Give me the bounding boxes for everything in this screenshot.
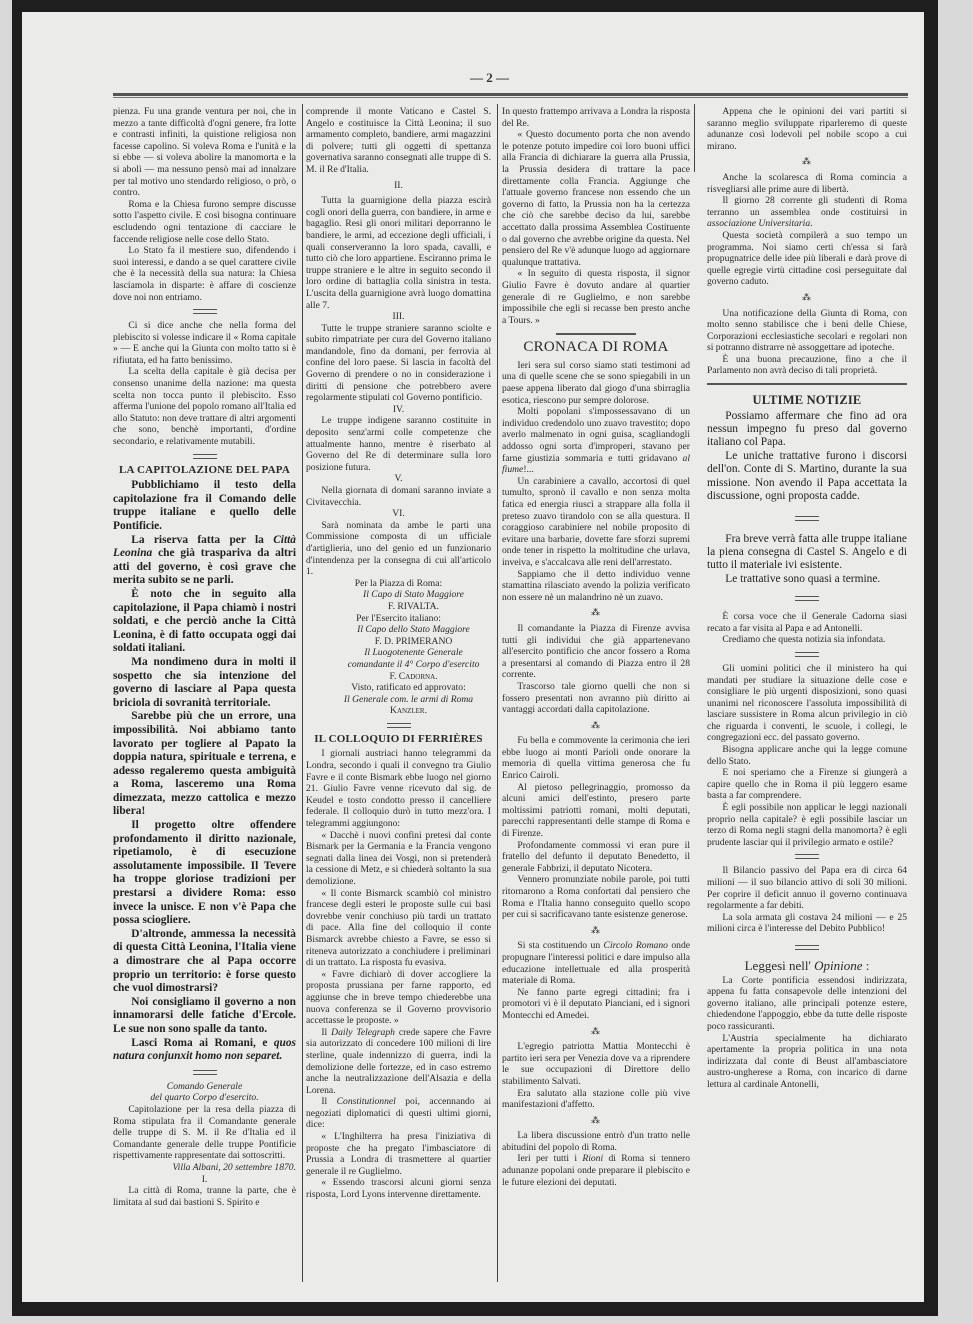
signature-line: Visto, ratificato ed approvato: xyxy=(306,682,491,694)
paragraph: Lasci Roma ai Romani, e quos natura conj… xyxy=(113,1037,296,1064)
paragraph: Sarà nominata da ambe le parti una Commi… xyxy=(306,520,491,578)
column-divider xyxy=(497,104,498,1282)
paragraph: Anche la scolaresca di Roma comincia a r… xyxy=(707,172,907,195)
paragraph: È una buona precauzione, fino a che il P… xyxy=(707,354,907,377)
paragraph: Le truppe indigene saranno costituite in… xyxy=(306,415,491,473)
article-heading: LA CAPITOLAZIONE DEL PAPA xyxy=(113,465,296,477)
paragraph: La riserva fatta per la Città Leonina ch… xyxy=(113,534,296,588)
paragraph: Il comandante la Piazza di Firenze avvis… xyxy=(502,623,690,681)
paragraph: Il progetto oltre offendere profondament… xyxy=(113,819,296,928)
paragraph: Un carabiniere a cavallo, accortosi di q… xyxy=(502,476,690,569)
column-4: Appena che le opinioni dei vari partiti … xyxy=(707,106,907,1091)
paragraph: Appena che le opinioni dei vari partiti … xyxy=(707,106,907,152)
paragraph: Capitolazione per la resa della piazza d… xyxy=(113,1104,296,1162)
paragraph: Questa società compilerà a suo tempo un … xyxy=(707,230,907,288)
section-rule xyxy=(707,383,907,385)
paragraph: I giornali austriaci hanno telegrammi da… xyxy=(306,748,491,829)
paragraph: comprende il monte Vaticano e Castel S. … xyxy=(306,106,491,176)
section-heading: ULTIME NOTIZIE xyxy=(707,395,907,407)
paragraph: La città di Roma, tranne la parte, che è… xyxy=(113,1185,296,1208)
signature-line: Per l'Esercito italiano: xyxy=(306,613,491,625)
separator xyxy=(193,454,217,459)
paragraph: Il Daily Telegraph crede sapere che Favr… xyxy=(306,1027,491,1097)
section-heading: CRONACA DI ROMA xyxy=(502,342,690,354)
paragraph: In questo frattempo arrivava a Londra la… xyxy=(502,106,690,129)
article-number: I. xyxy=(113,1174,296,1186)
paragraph: Il Bilancio passivo del Papa era di circ… xyxy=(707,865,907,911)
paragraph: Il giorno 28 corrente gli studenti di Ro… xyxy=(707,195,907,230)
paragraph: Sarebbe più che un errore, una impossibi… xyxy=(113,710,296,819)
paragraph: Crediamo che questa notizia sia infondat… xyxy=(707,634,907,646)
column-divider xyxy=(302,104,303,1282)
paragraph: Ieri sera sul corso siamo stati testimon… xyxy=(502,360,690,406)
dateline: Villa Albani, 20 settembre 1870. xyxy=(113,1162,296,1174)
paragraph: Pubblichiamo il testo della capitolazion… xyxy=(113,479,296,533)
paragraph: pienza. Fu una grande ventura per noi, c… xyxy=(113,106,296,199)
asterism: ⁂ xyxy=(502,607,690,619)
paragraph: Roma e la Chiesa furono sempre discusse … xyxy=(113,199,296,245)
page-number: — 2 — xyxy=(470,70,509,86)
asterism: ⁂ xyxy=(502,720,690,732)
paragraph: « Dacchè i nuovi confini pretesi dal con… xyxy=(306,830,491,888)
signature-line: Il Capo dello Stato Maggiore xyxy=(306,624,491,636)
paragraph: Sappiamo che il detto individuo venne st… xyxy=(502,569,690,604)
paragraph: Ma nondimeno dura in molti il sospetto c… xyxy=(113,656,296,710)
asterism: ⁂ xyxy=(707,292,907,304)
paragraph: La sola armata gli costava 24 milioni — … xyxy=(707,912,907,935)
paragraph: La Corte pontificia essendosi indirizzat… xyxy=(707,975,907,1033)
ornament-rule xyxy=(556,333,636,335)
paragraph: La libera discussione entrò d'un tratto … xyxy=(502,1130,690,1153)
paragraph: « Il conte Bismarck scambiò col ministro… xyxy=(306,888,491,969)
paragraph: Vennero pronunziate nobile parole, poi t… xyxy=(502,874,690,920)
paragraph: Lo Stato fa il mestiere suo, difendendo … xyxy=(113,245,296,303)
subheading: Leggesi nell' Opinione : xyxy=(707,960,907,972)
paragraph: Al pietoso pellegrinaggio, promosso da a… xyxy=(502,782,690,840)
paragraph: Gli uomini politici che il ministero ha … xyxy=(707,663,907,744)
asterism: ⁂ xyxy=(502,1026,690,1038)
separator xyxy=(795,596,819,601)
paragraph: È egli possibile non applicar le leggi n… xyxy=(707,802,907,848)
paragraph: Tutte le truppe straniere saranno sciolt… xyxy=(306,323,491,404)
paragraph: Era salutato alla stazione colle più viv… xyxy=(502,1088,690,1111)
signature-name: Kanzler. xyxy=(306,705,491,717)
signature-line: comandante il 4° Corpo d'esercito xyxy=(306,659,491,671)
separator xyxy=(193,309,217,314)
asterism: ⁂ xyxy=(502,1115,690,1127)
column-3: In questo frattempo arrivava a Londra la… xyxy=(502,106,690,1188)
asterism: ⁂ xyxy=(707,156,907,168)
header-rule-thin xyxy=(113,97,908,98)
signature-line: Il Generale com. le armi di Roma xyxy=(306,694,491,706)
paragraph: « Favre dichiarò di dover accogliere la … xyxy=(306,969,491,1027)
article-number: III. xyxy=(306,311,491,323)
paragraph: D'altronde, ammessa la necessità di ques… xyxy=(113,928,296,996)
column-2: comprende il monte Vaticano e Castel S. … xyxy=(306,106,491,1201)
signature-line: Per la Piazza di Roma: xyxy=(306,578,491,590)
paragraph: La scelta della capitale è già decisa pe… xyxy=(113,366,296,447)
article-number: II. xyxy=(306,180,491,192)
paragraph: « Questo documento porta che non avendo … xyxy=(502,129,690,268)
paragraph: Profondamente commossi vi eran pure il f… xyxy=(502,840,690,875)
separator xyxy=(795,854,819,859)
paragraph: E noi speriamo che a Firenze si giungerà… xyxy=(707,767,907,802)
signature-name: F. D. PRIMERANO xyxy=(306,636,491,648)
paragraph: Nella giornata di domani saranno inviate… xyxy=(306,485,491,508)
signature-name: F. Cadorna. xyxy=(306,671,491,683)
paragraph: Ieri per tutti i Rioni di Roma si tenner… xyxy=(502,1153,690,1188)
paragraph: Tutta la guarnigione della piazza escirà… xyxy=(306,195,491,311)
paragraph: Trascorso tale giorno quelli che non si … xyxy=(502,681,690,716)
paragraph: L'Austria specialmente ha dichiarato ape… xyxy=(707,1033,907,1091)
signature-line: Il Luogotenente Generale xyxy=(306,647,491,659)
paragraph: Il Constitutionnel poi, accennando ai ne… xyxy=(306,1096,491,1131)
paragraph: « In seguito di questa risposta, il sign… xyxy=(502,268,690,326)
paragraph: Ne fanno parte egregi cittadini; fra i p… xyxy=(502,987,690,1022)
signature-line: Il Capo di Stato Maggiore xyxy=(306,589,491,601)
header-rule xyxy=(113,93,908,96)
subheading: Comando Generale xyxy=(113,1081,296,1093)
article-number: IV. xyxy=(306,404,491,416)
article-number: VI. xyxy=(306,508,491,520)
paragraph: Noi consigliamo il governo a non innamor… xyxy=(113,996,296,1037)
article-heading: IL COLLOQUIO DI FERRIÈRES xyxy=(306,734,491,746)
subheading: del quarto Corpo d'esercito. xyxy=(113,1092,296,1104)
paragraph: Le uniche trattative furono i discorsi d… xyxy=(707,450,907,504)
paragraph: Molti popolani s'impossessavano di un in… xyxy=(502,406,690,476)
paragraph: Possiamo affermare che fino ad ora nessu… xyxy=(707,410,907,450)
paragraph: Le trattative sono quasi a termine. xyxy=(707,573,907,586)
separator xyxy=(387,723,411,728)
separator xyxy=(795,652,819,657)
paragraph: L'egregio patriotta Mattia Montecchi è p… xyxy=(502,1041,690,1087)
paragraph: È corsa voce che il Generale Cadorna sia… xyxy=(707,611,907,634)
paragraph: Fra breve verrà fatta alle truppe italia… xyxy=(707,533,907,573)
paragraph: Si sta costituendo un Circolo Romano ond… xyxy=(502,940,690,986)
article-number: V. xyxy=(306,473,491,485)
paragraph: « L'Inghilterra ha presa l'iniziativa di… xyxy=(306,1131,491,1177)
column-1: pienza. Fu una grande ventura per noi, c… xyxy=(113,106,296,1208)
paragraph: « Essendo trascorsi alcuni giorni senza … xyxy=(306,1177,491,1200)
paragraph: Ci si dice anche che nella forma del ple… xyxy=(113,320,296,366)
paragraph: Fu bella e commovente la cerimonia che i… xyxy=(502,735,690,781)
paragraph: Una notificazione della Giunta di Roma, … xyxy=(707,308,907,354)
paragraph: È noto che in seguito alla capitolazione… xyxy=(113,588,296,656)
signature-name: F. RIVALTA. xyxy=(306,601,491,613)
column-divider xyxy=(694,104,695,172)
separator xyxy=(795,516,819,521)
separator xyxy=(795,945,819,950)
separator xyxy=(193,1070,217,1075)
asterism: ⁂ xyxy=(502,925,690,937)
paragraph: Bisogna applicare anche qui la legge com… xyxy=(707,744,907,767)
